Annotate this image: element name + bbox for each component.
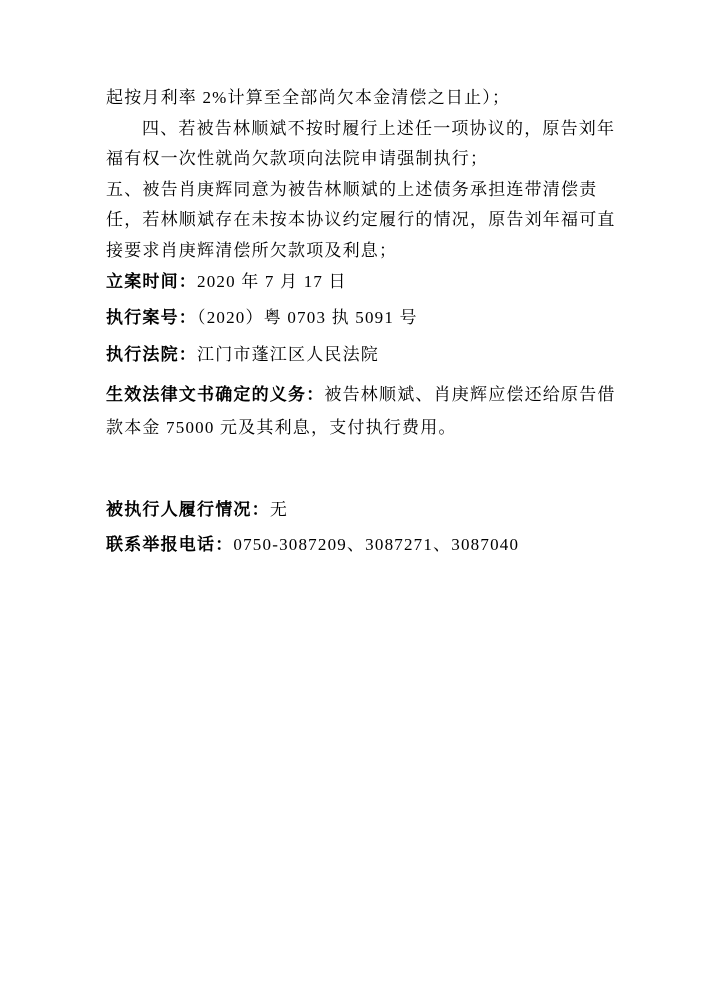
report-phone-label: 联系举报电话： — [106, 535, 233, 554]
clause-5-line-2: 任，若林顺斌存在未按本协议约定履行的情况，原告刘年福可直 — [106, 209, 618, 230]
case-number-label: 执行案号： — [106, 308, 197, 327]
execution-court-label: 执行法院： — [106, 345, 197, 364]
report-phone-line: 联系举报电话：0750-3087209、3087271、3087040 — [106, 534, 618, 555]
filing-date-label: 立案时间： — [106, 272, 197, 291]
clause-5-line-3: 接要求肖庚辉清偿所欠款项及利息； — [106, 240, 618, 261]
performance-status-line: 被执行人履行情况：无 — [106, 499, 618, 520]
legal-obligation-line-2: 款本金 75000 元及其利息，支付执行费用。 — [106, 417, 618, 438]
clause-4-line-1: 四、若被告林顺斌不按时履行上述任一项协议的，原告刘年 — [106, 118, 654, 139]
execution-court-line: 执行法院：江门市蓬江区人民法院 — [106, 344, 618, 365]
clause-4-line-2: 福有权一次性就尚欠款项向法院申请强制执行； — [106, 148, 618, 169]
performance-status-label: 被执行人履行情况： — [106, 500, 270, 519]
filing-date-value: 2020 年 7 月 17 日 — [197, 272, 347, 291]
report-phone-value: 0750-3087209、3087271、3087040 — [233, 535, 519, 554]
line-text: 起按月利率 2%计算至全部尚欠本金清偿之日止）； — [106, 88, 510, 107]
line-text: 款本金 75000 元及其利息，支付执行费用。 — [106, 418, 457, 437]
execution-court-value: 江门市蓬江区人民法院 — [197, 345, 379, 364]
legal-obligation-label: 生效法律文书确定的义务： — [106, 385, 324, 404]
performance-status-value: 无 — [270, 500, 288, 519]
legal-obligation-value: 被告林顺斌、肖庚辉应偿还给原告借 — [324, 385, 615, 404]
case-number-line: 执行案号：（2020）粤 0703 执 5091 号 — [106, 307, 618, 328]
clause-5-line-1: 五、被告肖庚辉同意为被告林顺斌的上述债务承担连带清偿责 — [106, 179, 618, 200]
legal-obligation-line-1: 生效法律文书确定的义务：被告林顺斌、肖庚辉应偿还给原告借 — [106, 384, 618, 405]
line-text: 福有权一次性就尚欠款项向法院申请强制执行； — [106, 149, 488, 168]
line-text: 接要求肖庚辉清偿所欠款项及利息； — [106, 241, 397, 260]
line-text: 五、被告肖庚辉同意为被告林顺斌的上述债务承担连带清偿责 — [106, 180, 597, 199]
line-text: 四、若被告林顺斌不按时履行上述任一项协议的，原告刘年 — [142, 119, 615, 138]
line-text: 任，若林顺斌存在未按本协议约定履行的情况，原告刘年福可直 — [106, 210, 616, 229]
clause-interest-line: 起按月利率 2%计算至全部尚欠本金清偿之日止）； — [106, 87, 618, 108]
filing-date-line: 立案时间：2020 年 7 月 17 日 — [106, 271, 618, 292]
case-number-value: （2020）粤 0703 执 5091 号 — [197, 308, 418, 327]
document-page: 起按月利率 2%计算至全部尚欠本金清偿之日止）； 四、若被告林顺斌不按时履行上述… — [0, 0, 703, 997]
